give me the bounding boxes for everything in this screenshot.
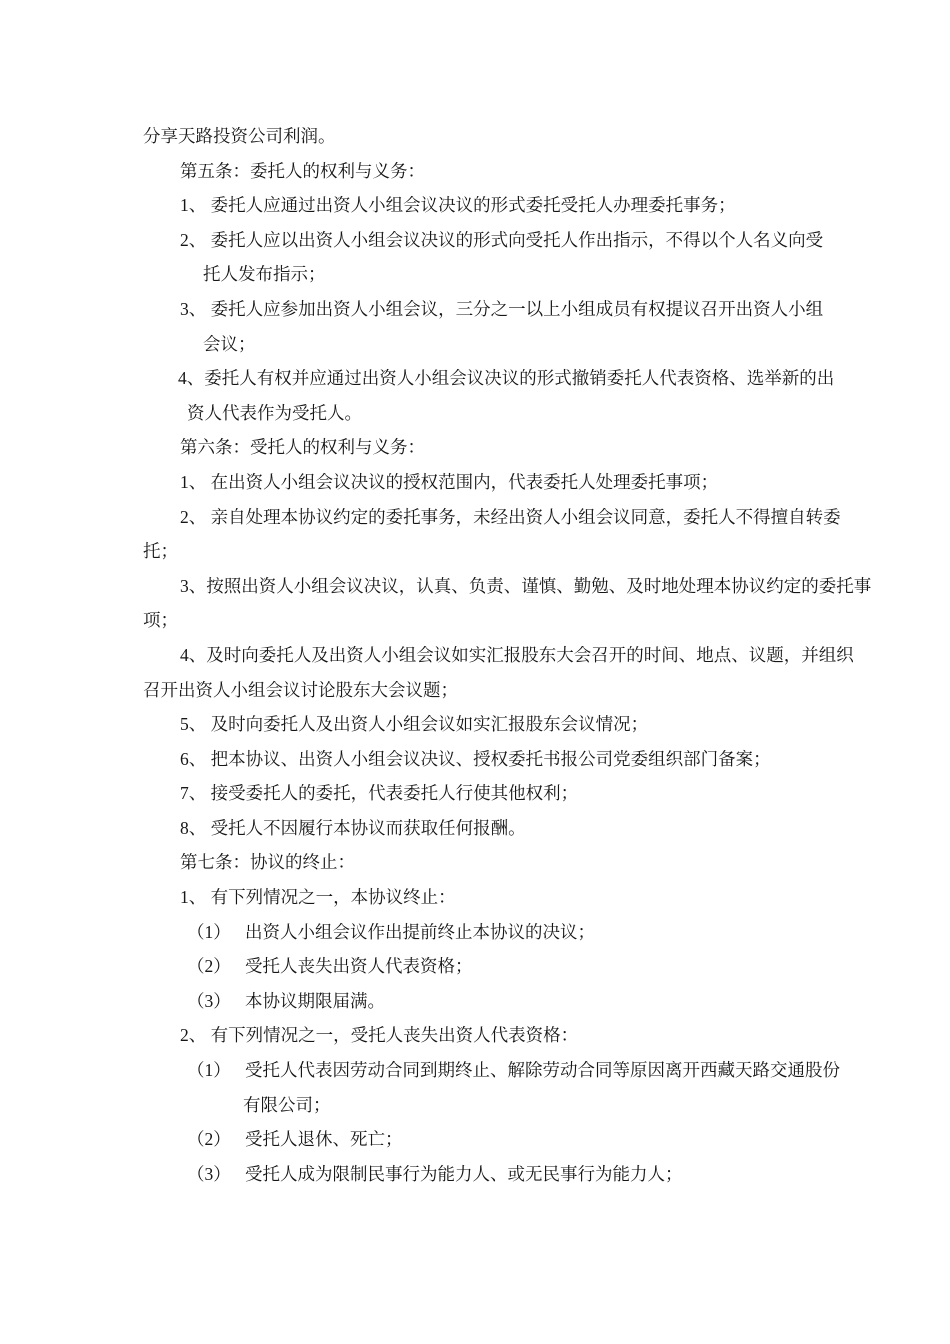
item-number: （1）: [187, 1053, 245, 1088]
text-line: 1、 在出资人小组会议决议的授权范围内，代表委托人处理委托事项；: [143, 465, 930, 500]
text-line: （3）受托人成为限制民事行为能力人、或无民事行为能力人；: [143, 1157, 930, 1192]
text-line: 2、 亲自处理本协议约定的委托事务，未经出资人小组会议同意，委托人不得擅自转委: [143, 500, 930, 535]
text-line: （1）受托人代表因劳动合同到期终止、解除劳动合同等原因离开西藏天路交通股份: [143, 1053, 930, 1088]
text-line: 第六条：受托人的权利与义务：: [143, 430, 930, 465]
text-line: 第五条：委托人的权利与义务：: [143, 154, 930, 189]
line-text: 受托人代表因劳动合同到期终止、解除劳动合同等原因离开西藏天路交通股份: [245, 1060, 840, 1080]
text-line: （2）受托人退休、死亡；: [143, 1122, 930, 1157]
document-page: 分享天路投资公司利润。第五条：委托人的权利与义务：1、 委托人应通过出资人小组会…: [0, 0, 950, 1344]
text-line: 3、按照出资人小组会议决议，认真、负责、谨慎、勤勉、及时地处理本协议约定的委托事: [143, 569, 930, 604]
text-line: 有限公司；: [143, 1088, 930, 1123]
text-line: （3）本协议期限届满。: [143, 984, 930, 1019]
line-text: 出资人小组会议作出提前终止本协议的决议；: [245, 922, 595, 942]
text-line: 1、 有下列情况之一，本协议终止：: [143, 880, 930, 915]
text-line: 6、 把本协议、出资人小组会议决议、授权委托书报公司党委组织部门备案；: [143, 742, 930, 777]
line-text: 受托人退休、死亡；: [245, 1129, 403, 1149]
item-number: （3）: [187, 984, 245, 1019]
text-line: 托人发布指示；: [143, 257, 930, 292]
text-line: 托；: [143, 534, 930, 569]
text-line: 会议；: [143, 327, 930, 362]
text-line: 第七条：协议的终止：: [143, 845, 930, 880]
text-line: 1、 委托人应通过出资人小组会议决议的形式委托受托人办理委托事务；: [143, 188, 930, 223]
text-line: （1）出资人小组会议作出提前终止本协议的决议；: [143, 915, 930, 950]
text-line: 4、及时向委托人及出资人小组会议如实汇报股东大会召开的时间、地点、议题，并组织: [143, 638, 930, 673]
line-text: 受托人丧失出资人代表资格；: [245, 956, 473, 976]
text-line: 资人代表作为受托人。: [143, 396, 930, 431]
item-number: （2）: [187, 949, 245, 984]
document-body: 分享天路投资公司利润。第五条：委托人的权利与义务：1、 委托人应通过出资人小组会…: [143, 119, 930, 1191]
text-line: 2、 委托人应以出资人小组会议决议的形式向受托人作出指示，不得以个人名义向受: [143, 223, 930, 258]
item-number: （1）: [187, 915, 245, 950]
line-text: 本协议期限届满。: [245, 991, 385, 1011]
item-number: （3）: [187, 1157, 245, 1192]
text-line: 5、 及时向委托人及出资人小组会议如实汇报股东会议情况；: [143, 707, 930, 742]
text-line: 2、 有下列情况之一，受托人丧失出资人代表资格：: [143, 1018, 930, 1053]
item-number: （2）: [187, 1122, 245, 1157]
text-line: 8、 受托人不因履行本协议而获取任何报酬。: [143, 811, 930, 846]
text-line: 项；: [143, 603, 930, 638]
text-line: 分享天路投资公司利润。: [143, 119, 930, 154]
text-line: 3、 委托人应参加出资人小组会议，三分之一以上小组成员有权提议召开出资人小组: [143, 292, 930, 327]
text-line: 4、委托人有权并应通过出资人小组会议决议的形式撤销委托人代表资格、选举新的出: [143, 361, 930, 396]
text-line: 7、 接受委托人的委托，代表委托人行使其他权利；: [143, 776, 930, 811]
line-text: 受托人成为限制民事行为能力人、或无民事行为能力人；: [245, 1164, 683, 1184]
text-line: 召开出资人小组会议讨论股东大会议题；: [143, 673, 930, 708]
text-line: （2）受托人丧失出资人代表资格；: [143, 949, 930, 984]
